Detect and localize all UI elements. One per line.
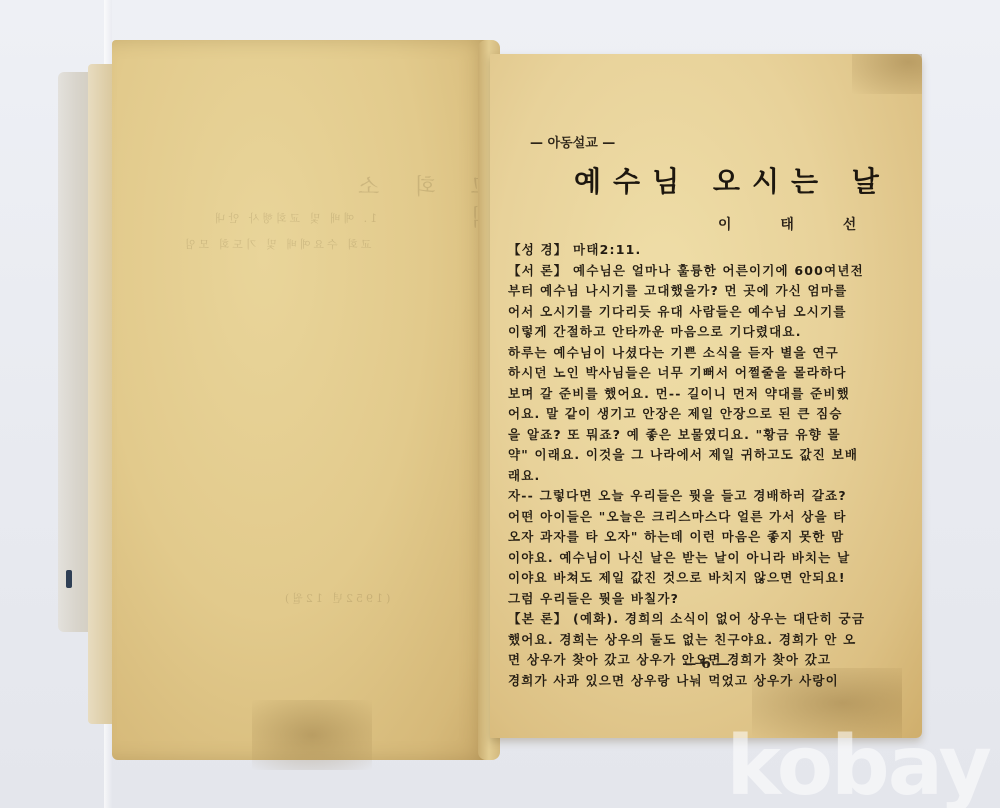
text-line: 이야요 바쳐도 제일 값진 것으로 바치지 않으면 안되요! — [508, 568, 900, 589]
left-page: 교 회 소 식 1. 예배 및 교회행사 안내 교회 수요예배 및 기도회 모임… — [112, 40, 492, 760]
text-line: 보며 갈 준비를 했어요. 먼-- 길이니 먼저 약대를 준비했 — [508, 384, 900, 405]
text-line: 자-- 그렇다면 오늘 우리들은 뭣을 들고 경배하러 갈죠? — [508, 486, 900, 507]
text-line: 했어요. 경희는 상우의 둘도 없는 친구야요. 경희가 안 오 — [508, 630, 900, 651]
text-line: 그럼 우리들은 뭣을 바칠가? — [508, 589, 900, 610]
photo-scene: 교 회 소 식 1. 예배 및 교회행사 안내 교회 수요예배 및 기도회 모임… — [0, 0, 1000, 808]
text-line: 이렇게 간절하고 안타까운 마음으로 기다렸대요. — [508, 322, 900, 343]
sermon-title: 예수님 오시는 날 — [574, 160, 891, 200]
sermon-body: 【성 경】 마태2:11. 【서 론】 예수님은 얼마나 훌륭한 어른이기에 6… — [508, 240, 900, 691]
text-line: 하루는 예수님이 나셨다는 기쁜 소식을 듣자 별을 연구 — [508, 343, 900, 364]
text-line: 약" 이래요. 이것을 그 나라에서 제일 귀하고도 값진 보배 — [508, 445, 900, 466]
left-page-stain — [252, 700, 372, 770]
series-label: — 아동설교 — — [530, 132, 615, 151]
cover-mark — [66, 570, 72, 588]
text-line: 부터 예수님 나시기를 고대했을가? 먼 곳에 가신 엄마를 — [508, 281, 900, 302]
author-name: 이 태 선 — [718, 214, 878, 234]
watermark-logo: kobay — [726, 719, 990, 808]
bleed-through-line: 1. 예배 및 교회행사 안내 — [212, 210, 377, 226]
text-line: 어떤 아이들은 "오늘은 크리스마스다 얼른 가서 상을 타 — [508, 507, 900, 528]
text-line: 어서 오시기를 기다리듯 유대 사람들은 예수님 오시기를 — [508, 302, 900, 323]
text-line: 【성 경】 마태2:11. — [508, 240, 900, 261]
text-line: 【본 론】 (예화). 경희의 소식이 없어 상우는 대단히 궁금 — [508, 609, 900, 630]
text-line: 어요. 말 같이 생기고 안장은 제일 안장으로 된 큰 짐승 — [508, 404, 900, 425]
text-line: 오자 과자를 타 오자" 하는데 이런 마음은 좋지 못한 맘 — [508, 527, 900, 548]
corner-stain — [852, 54, 922, 94]
bleed-through-line: 교회 수요예배 및 기도회 모임 — [182, 236, 372, 252]
text-line: 이야요. 예수님이 나신 날은 받는 날이 아니라 바치는 날 — [508, 548, 900, 569]
text-line: 【서 론】 예수님은 얼마나 훌륭한 어른이기에 600여년전 — [508, 261, 900, 282]
page-number: — 6 — — [490, 656, 922, 672]
text-line: 을 알죠? 또 뭐죠? 예 좋은 보물였디요. "황금 유향 몰 — [508, 425, 900, 446]
text-line: 경희가 사과 있으면 상우랑 나눠 먹었고 상우가 사랑이 — [508, 671, 900, 692]
text-line: 하시던 노인 박사님들은 너무 기뻐서 어쩔줄을 몰라하다 — [508, 363, 900, 384]
text-line: 래요. — [508, 466, 900, 487]
right-page: — 아동설교 — 예수님 오시는 날 이 태 선 【성 경】 마태2:11. 【… — [490, 54, 922, 738]
bleed-through-line: (1952년 12월) — [282, 590, 390, 606]
